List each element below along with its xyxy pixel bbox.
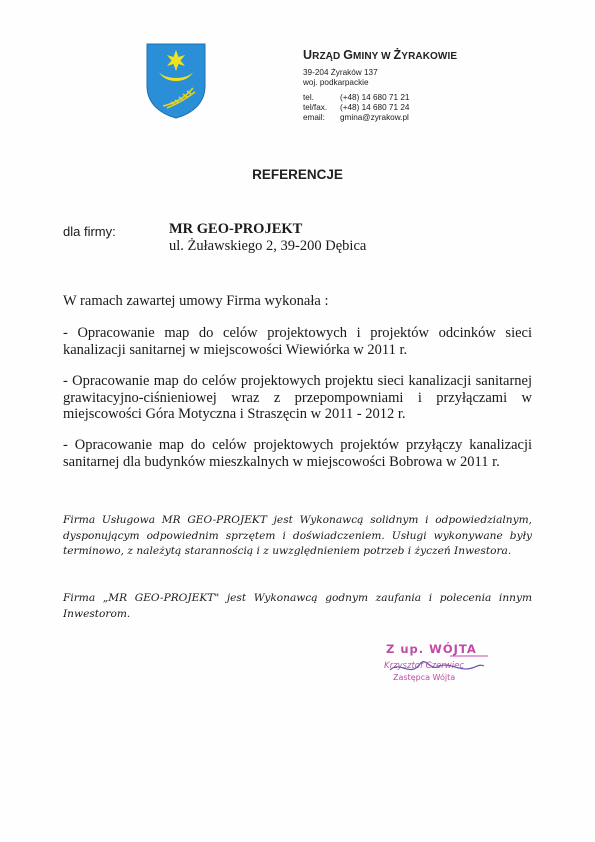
work-item: - Opracowanie map do celów projektowych …	[63, 325, 532, 358]
signature-icon	[380, 642, 490, 692]
org-name-cap: G	[343, 48, 353, 62]
region-line: woj. podkarpackie	[303, 78, 457, 88]
intro-paragraph: W ramach zawartej umowy Firma wykonała :	[63, 293, 532, 310]
work-item: - Opracowanie map do celów projektowych …	[63, 373, 532, 423]
recipient-address: ul. Żuławskiego 2, 39-200 Dębica	[169, 238, 366, 255]
org-name-rest: MINY W	[353, 51, 394, 62]
contact-label: tel.	[303, 93, 340, 103]
issuer-header: URZĄD GMINY W ŻYRAKOWIE 39-204 Żyraków 1…	[303, 48, 457, 123]
contact-value: (+48) 14 680 71 24	[340, 103, 409, 113]
org-name-rest: RZĄD	[312, 51, 343, 62]
document-title: REFERENCJE	[0, 167, 595, 182]
address-line: 39-204 Żyraków 137	[303, 68, 457, 78]
official-stamp-signature: Z up. WÓJTA Krzysztof Czerwiec Zastępca …	[380, 642, 490, 692]
contact-value: gmina@zyrakow.pl	[340, 113, 409, 123]
contact-label: email:	[303, 113, 340, 123]
contact-value: (+48) 14 680 71 21	[340, 93, 409, 103]
contact-email: email: gmina@zyrakow.pl	[303, 113, 457, 123]
recipient-name: MR GEO-PROJEKT	[169, 221, 366, 238]
work-item: - Opracowanie map do celów projektowych …	[63, 437, 532, 470]
coat-of-arms-icon	[145, 42, 207, 120]
org-name-cap: U	[303, 48, 312, 62]
recommendation-paragraph: Firma „MR GEO-PROJEKT" jest Wykonawcą go…	[63, 591, 532, 622]
reference-letter-page: URZĄD GMINY W ŻYRAKOWIE 39-204 Żyraków 1…	[0, 0, 595, 842]
evaluation-paragraph: Firma Usługowa MR GEO-PROJEKT jest Wykon…	[63, 513, 532, 560]
contact-phone: tel. (+48) 14 680 71 21	[303, 93, 457, 103]
contact-label: tel/fax.	[303, 103, 340, 113]
recipient-block: MR GEO-PROJEKT ul. Żuławskiego 2, 39-200…	[169, 221, 366, 255]
org-name-rest: YRAKOWIE	[401, 51, 457, 62]
recipient-label: dla firmy:	[63, 224, 116, 239]
contact-fax: tel/fax. (+48) 14 680 71 24	[303, 103, 457, 113]
issuer-name: URZĄD GMINY W ŻYRAKOWIE	[303, 48, 457, 62]
